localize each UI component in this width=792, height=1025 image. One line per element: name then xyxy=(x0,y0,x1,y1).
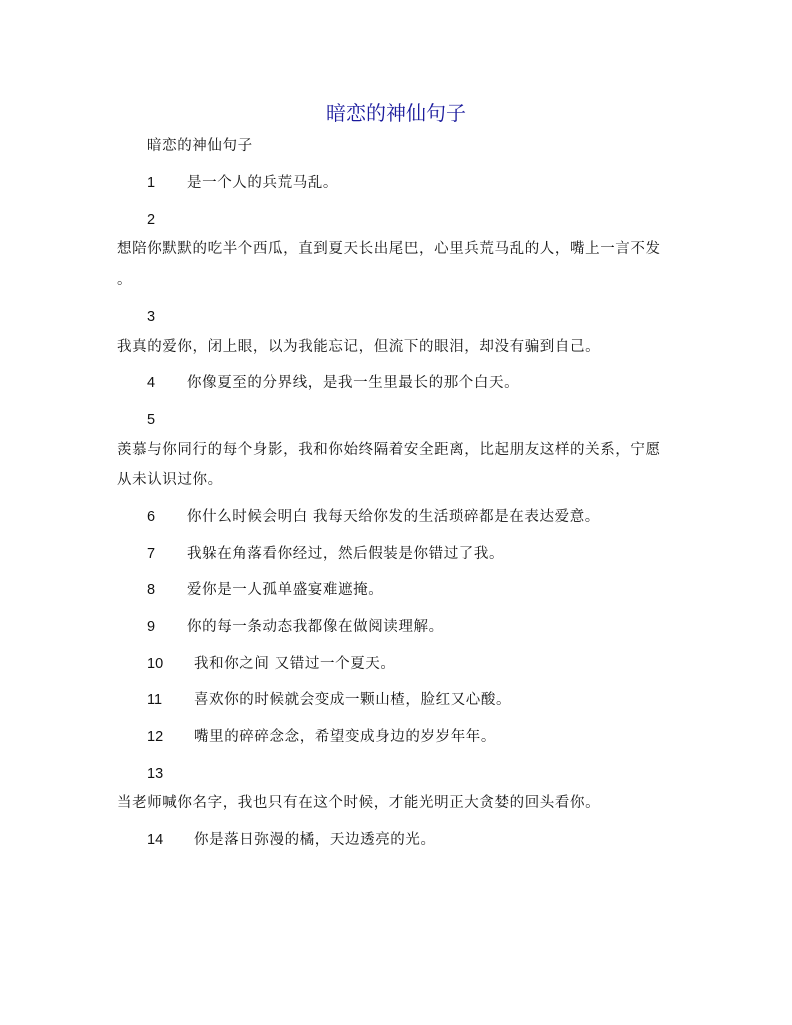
entry-text: 嘴里的碎碎念念，希望变成身边的岁岁年年。 xyxy=(194,727,496,747)
entry-text-line1: 羡慕与你同行的每个身影，我和你始终隔着安全距离，比起朋友这样的关系，宁愿 xyxy=(117,440,661,460)
entry-number: 9 xyxy=(147,617,155,637)
entry-number: 2 xyxy=(147,210,155,230)
document-page: 暗恋的神仙句子 暗恋的神仙句子 1 是一个人的兵荒马乱。 2 想陪你默默的吃半个… xyxy=(0,0,792,1025)
entry-number: 8 xyxy=(147,580,155,600)
entry-text: 你像夏至的分界线，是我一生里最长的那个白天。 xyxy=(187,373,519,393)
entry-text: 爱你是一人孤单盛宴难遮掩。 xyxy=(187,580,383,600)
entry-number: 3 xyxy=(147,307,155,327)
entry-number: 5 xyxy=(147,410,155,430)
document-title: 暗恋的神仙句子 xyxy=(0,100,792,126)
entry-text-line1: 想陪你默默的吃半个西瓜，直到夏天长出尾巴，心里兵荒马乱的人，嘴上一言不发 xyxy=(117,239,661,259)
entry-number: 1 xyxy=(147,173,155,193)
entry-text: 我和你之间 又错过一个夏天。 xyxy=(194,654,396,674)
entry-number: 6 xyxy=(147,507,155,527)
entry-text: 是一个人的兵荒马乱。 xyxy=(187,173,338,193)
entry-number: 14 xyxy=(147,830,163,850)
entry-text: 你是落日弥漫的橘，天边透亮的光。 xyxy=(194,830,436,850)
entry-text-line2: 从未认识过你。 xyxy=(117,470,223,490)
entry-text-line2: 。 xyxy=(117,270,132,290)
entry-text: 你什么时候会明白 我每天给你发的生活琐碎都是在表达爱意。 xyxy=(187,507,600,527)
entry-text: 你的每一条动态我都像在做阅读理解。 xyxy=(187,617,444,637)
document-subtitle: 暗恋的神仙句子 xyxy=(147,136,253,156)
entry-text: 喜欢你的时候就会变成一颗山楂，脸红又心酸。 xyxy=(194,690,511,710)
entry-text: 我躲在角落看你经过，然后假装是你错过了我。 xyxy=(187,544,504,564)
entry-text-line1: 当老师喊你名字，我也只有在这个时候，才能光明正大贪婪的回头看你。 xyxy=(117,793,600,813)
entry-number: 12 xyxy=(147,727,163,747)
entry-number: 7 xyxy=(147,544,155,564)
entry-number: 13 xyxy=(147,764,163,784)
entry-number: 10 xyxy=(147,654,163,674)
entry-text-line1: 我真的爱你，闭上眼，以为我能忘记，但流下的眼泪，却没有骗到自己。 xyxy=(117,337,600,357)
entry-number: 11 xyxy=(147,690,162,710)
entry-number: 4 xyxy=(147,373,155,393)
